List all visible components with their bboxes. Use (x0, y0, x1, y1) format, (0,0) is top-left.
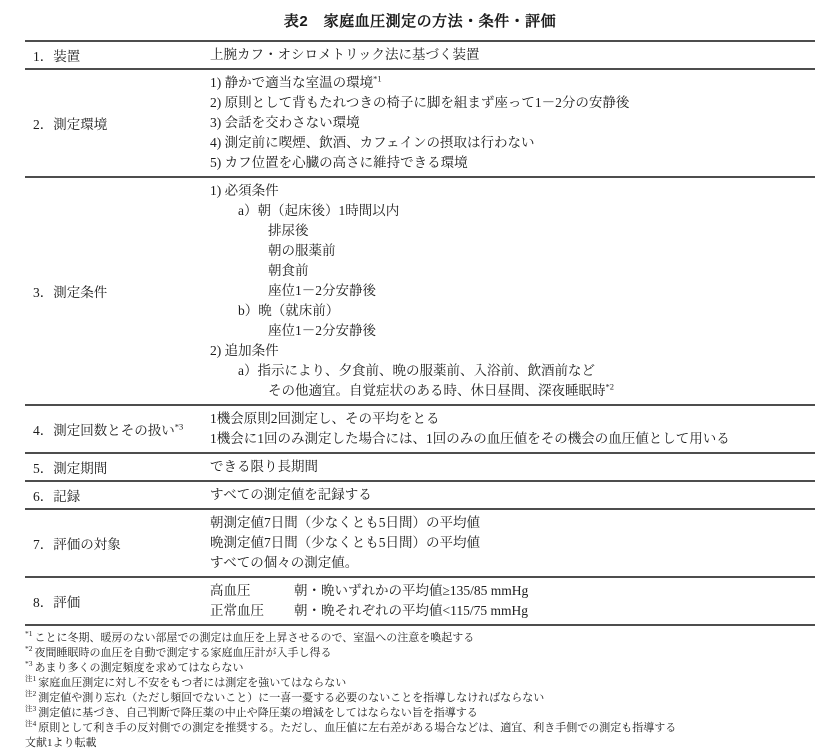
content-line: 高血圧朝・晩いずれかの平均値≥135/85 mmHg (210, 581, 815, 601)
footnote: 注4原則として利き手の反対側での測定を推奨する。ただし、血圧値に左右差がある場合… (25, 721, 815, 736)
content-text: 2) 原則として背もたれつきの椅子に脚を組まず座って1－2分の安静後 (210, 95, 629, 110)
content-line: b）晩（就床前） (210, 301, 815, 321)
content-text: 朝・晩それぞれの平均値<115/75 mmHg (294, 603, 528, 618)
footnote-text: ことに冬期、暖房のない部屋での測定は血圧を上昇させるので、室温への注意を喚起する (35, 632, 475, 644)
content-line: a）指示により、夕食前、晩の服薬前、入浴前、飲酒前など (210, 361, 815, 381)
footnote: *1ことに冬期、暖房のない部屋での測定は血圧を上昇させるので、室温への注意を喚起… (25, 631, 815, 646)
row-label: 2．測定環境 (33, 113, 107, 133)
footnote-marker: 注4 (25, 719, 36, 728)
content-text: 2) 追加条件 (210, 343, 279, 358)
content-text: 1) 必須条件 (210, 183, 279, 198)
content-text: 朝測定値7日間（少なくとも5日間）の平均値 (210, 515, 480, 530)
table-row: 4．測定回数とその扱い*31機会原則2回測定し、その平均をとる1機会に1回のみ測… (25, 404, 815, 452)
row-content-cell: できる限り長期間 (210, 457, 815, 477)
table-row: 6．記録すべての測定値を記録する (25, 480, 815, 508)
content-line: 朝測定値7日間（少なくとも5日間）の平均値 (210, 513, 815, 533)
footnote-marker: *2 (606, 382, 615, 392)
footnote-marker: *1 (373, 74, 382, 84)
footnote-text: 家庭血圧測定に対し不安をもつ者には測定を強いてはならない (38, 677, 346, 689)
table-row: 2．測定環境1) 静かで適当な室温の環境*12) 原則として背もたれつきの椅子に… (25, 68, 815, 176)
content-text: 3) 会話を交わさない環境 (210, 115, 360, 130)
row-content-cell: 1機会原則2回測定し、その平均をとる1機会に1回のみ測定した場合には、1回のみの… (210, 409, 815, 449)
source-note: 文献1より転載 (25, 736, 815, 749)
content-text: 朝・晩いずれかの平均値≥135/85 mmHg (294, 583, 528, 598)
content-text: 上腕カフ・オシロメトリック法に基づく装置 (210, 47, 479, 62)
footnote-text: 測定値や測り忘れ（ただし頻回でないこと）に一喜一憂する必要のないことを指導しなけ… (38, 692, 544, 704)
row-label: 1．装置 (33, 45, 80, 65)
footnote: 注2測定値や測り忘れ（ただし頻回でないこと）に一喜一憂する必要のないことを指導し… (25, 691, 815, 706)
content-line: 朝食前 (210, 261, 815, 281)
content-line: 1) 必須条件 (210, 181, 815, 201)
content-text: 朝食前 (268, 263, 309, 278)
table-row: 5．測定期間できる限り長期間 (25, 452, 815, 480)
footnote-marker: 注1 (25, 674, 36, 683)
footnote-marker: *2 (25, 644, 33, 653)
footnote: 注1家庭血圧測定に対し不安をもつ者には測定を強いてはならない (25, 676, 815, 691)
table-title: 表2 家庭血圧測定の方法・条件・評価 (25, 10, 815, 31)
content-text: その他適宜。自覚症状のある時、休日昼間、深夜睡眠時 (268, 383, 606, 398)
classification-term: 正常血圧 (210, 601, 294, 621)
content-line: 1) 静かで適当な室温の環境*1 (210, 73, 815, 93)
content-line: 2) 原則として背もたれつきの椅子に脚を組まず座って1－2分の安静後 (210, 93, 815, 113)
footnote-text: 夜間睡眠時の血圧を自動で測定する家庭血圧計が入手し得る (35, 647, 332, 659)
table-row: 3．測定条件1) 必須条件a）朝（起床後）1時間以内排尿後朝の服薬前朝食前座位1… (25, 176, 815, 404)
content-line: 3) 会話を交わさない環境 (210, 113, 815, 133)
content-line: 朝の服薬前 (210, 241, 815, 261)
row-content-cell: すべての測定値を記録する (210, 485, 815, 505)
content-line: 2) 追加条件 (210, 341, 815, 361)
table-row: 8．評価高血圧朝・晩いずれかの平均値≥135/85 mmHg正常血圧朝・晩それぞ… (25, 576, 815, 624)
row-label-cell: 6．記録 (25, 485, 210, 505)
row-content-cell: 上腕カフ・オシロメトリック法に基づく装置 (210, 45, 815, 65)
content-line: 4) 測定前に喫煙、飲酒、カフェインの摂取は行わない (210, 133, 815, 153)
row-content-cell: 高血圧朝・晩いずれかの平均値≥135/85 mmHg正常血圧朝・晩それぞれの平均… (210, 581, 815, 621)
footnote: 注3測定値に基づき、自己判断で降圧薬の中止や降圧薬の増減をしてはならない旨を指導… (25, 706, 815, 721)
row-label-cell: 1．装置 (25, 45, 210, 65)
content-text: すべての個々の測定値。 (210, 555, 358, 570)
row-label-footnote-marker: *3 (175, 422, 184, 432)
footnote-marker: 注3 (25, 704, 36, 713)
row-label-cell: 7．評価の対象 (25, 513, 210, 573)
table-row: 7．評価の対象朝測定値7日間（少なくとも5日間）の平均値晩測定値7日間（少なくと… (25, 508, 815, 576)
content-line: できる限り長期間 (210, 457, 815, 477)
row-label: 3．測定条件 (33, 281, 107, 301)
row-label-cell: 3．測定条件 (25, 181, 210, 401)
row-content-cell: 1) 静かで適当な室温の環境*12) 原則として背もたれつきの椅子に脚を組まず座… (210, 73, 815, 173)
content-text: 朝の服薬前 (268, 243, 336, 258)
footnote: *2夜間睡眠時の血圧を自動で測定する家庭血圧計が入手し得る (25, 646, 815, 661)
content-line: 上腕カフ・オシロメトリック法に基づく装置 (210, 45, 815, 65)
row-label: 5．測定期間 (33, 457, 107, 477)
classification-term: 高血圧 (210, 581, 294, 601)
content-text: 1機会に1回のみ測定した場合には、1回のみの血圧値をその機会の血圧値として用いる (210, 431, 730, 446)
content-line: 5) カフ位置を心臓の高さに維持できる環境 (210, 153, 815, 173)
row-label: 7．評価の対象 (33, 533, 121, 553)
table-row: 1．装置上腕カフ・オシロメトリック法に基づく装置 (25, 40, 815, 68)
footnote-marker: 注2 (25, 689, 36, 698)
content-text: 4) 測定前に喫煙、飲酒、カフェインの摂取は行わない (210, 135, 534, 150)
row-label: 4．測定回数とその扱い*3 (33, 419, 183, 439)
footnote-marker: *3 (25, 659, 33, 668)
row-label: 8．評価 (33, 591, 80, 611)
content-text: 1) 静かで適当な室温の環境 (210, 75, 373, 90)
content-line: 排尿後 (210, 221, 815, 241)
row-label-cell: 4．測定回数とその扱い*3 (25, 409, 210, 449)
content-text: 座位1－2分安静後 (268, 323, 376, 338)
content-line: 1機会に1回のみ測定した場合には、1回のみの血圧値をその機会の血圧値として用いる (210, 429, 815, 449)
footnotes: *1ことに冬期、暖房のない部屋での測定は血圧を上昇させるので、室温への注意を喚起… (25, 631, 815, 736)
row-label-cell: 2．測定環境 (25, 73, 210, 173)
content-text: すべての測定値を記録する (210, 487, 372, 502)
content-text: b）晩（就床前） (238, 303, 339, 318)
content-line: その他適宜。自覚症状のある時、休日昼間、深夜睡眠時*2 (210, 381, 815, 401)
content-line: 晩測定値7日間（少なくとも5日間）の平均値 (210, 533, 815, 553)
content-text: a）朝（起床後）1時間以内 (238, 203, 399, 218)
row-label-cell: 5．測定期間 (25, 457, 210, 477)
row-label-cell: 8．評価 (25, 581, 210, 621)
footnote-marker: *1 (25, 629, 33, 638)
content-line: 1機会原則2回測定し、その平均をとる (210, 409, 815, 429)
content-line: 正常血圧朝・晩それぞれの平均値<115/75 mmHg (210, 601, 815, 621)
footnote-text: 測定値に基づき、自己判断で降圧薬の中止や降圧薬の増減をしてはならない旨を指導する (38, 707, 478, 719)
footnote-text: あまり多くの測定頻度を求めてはならない (35, 662, 244, 674)
footnote: *3あまり多くの測定頻度を求めてはならない (25, 661, 815, 676)
content-text: できる限り長期間 (210, 459, 318, 474)
content-text: 5) カフ位置を心臓の高さに維持できる環境 (210, 155, 468, 170)
hbp-measurement-table: 1．装置上腕カフ・オシロメトリック法に基づく装置2．測定環境1) 静かで適当な室… (25, 40, 815, 626)
content-text: 1機会原則2回測定し、その平均をとる (210, 411, 440, 426)
content-line: すべての測定値を記録する (210, 485, 815, 505)
content-text: 座位1－2分安静後 (268, 283, 376, 298)
document-page: 表2 家庭血圧測定の方法・条件・評価 1．装置上腕カフ・オシロメトリック法に基づ… (0, 0, 831, 749)
content-text: a）指示により、夕食前、晩の服薬前、入浴前、飲酒前など (238, 363, 595, 378)
content-line: a）朝（起床後）1時間以内 (210, 201, 815, 221)
content-text: 排尿後 (268, 223, 309, 238)
row-content-cell: 朝測定値7日間（少なくとも5日間）の平均値晩測定値7日間（少なくとも5日間）の平… (210, 513, 815, 573)
content-text: 晩測定値7日間（少なくとも5日間）の平均値 (210, 535, 480, 550)
content-line: すべての個々の測定値。 (210, 553, 815, 573)
row-label: 6．記録 (33, 485, 80, 505)
content-line: 座位1－2分安静後 (210, 281, 815, 301)
content-line: 座位1－2分安静後 (210, 321, 815, 341)
footnote-text: 原則として利き手の反対側での測定を推奨する。ただし、血圧値に左右差がある場合など… (38, 722, 676, 734)
row-content-cell: 1) 必須条件a）朝（起床後）1時間以内排尿後朝の服薬前朝食前座位1－2分安静後… (210, 181, 815, 401)
